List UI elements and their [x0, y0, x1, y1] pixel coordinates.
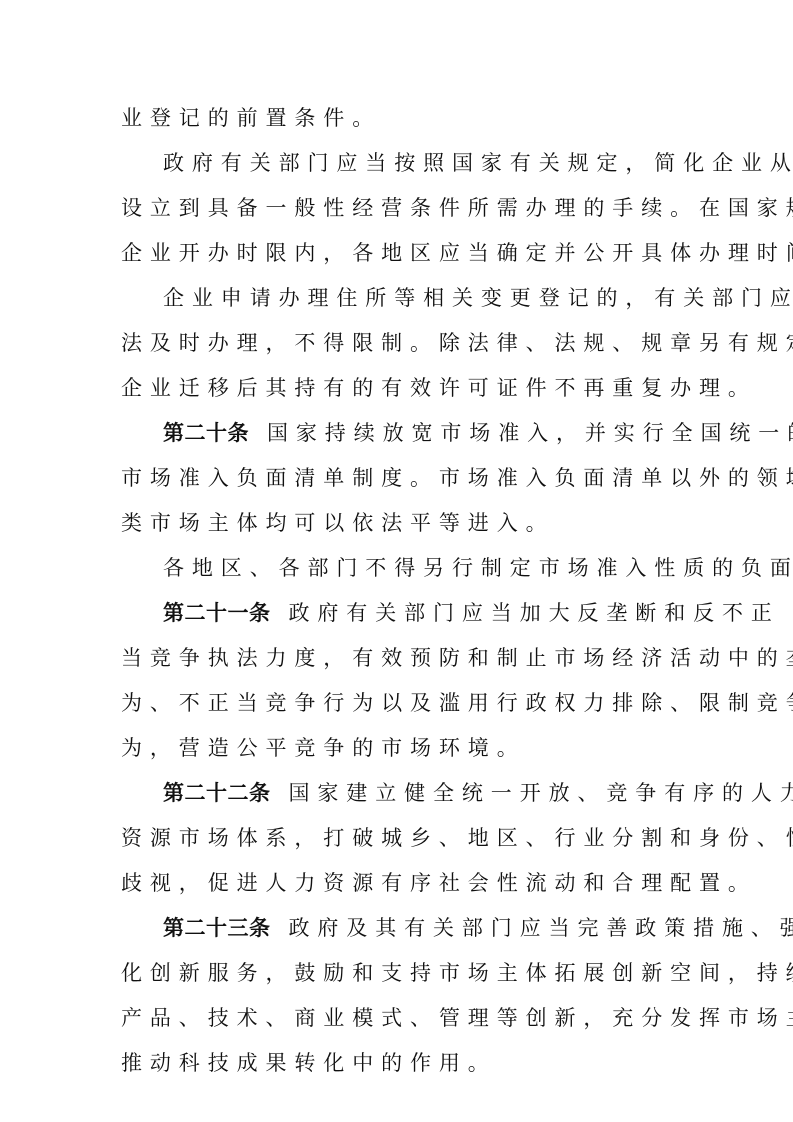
- text-line: 企业申请办理住所等相关变更登记的，有关部门应当依: [163, 282, 793, 314]
- text-line: 当竞争执法力度，有效预防和制止市场经济活动中的垄断行: [121, 642, 793, 674]
- article-text: 国家持续放宽市场准入，并实行全国统一的: [267, 421, 793, 445]
- article-line: 第二十条国家持续放宽市场准入，并实行全国统一的: [163, 417, 793, 449]
- article-heading: 第二十三条: [163, 916, 271, 940]
- text-line: 政府有关部门应当按照国家有关规定，简化企业从申请: [163, 147, 793, 179]
- text-line: 设立到具备一般性经营条件所需办理的手续。在国家规定的: [121, 192, 793, 224]
- text-line: 推动科技成果转化中的作用。: [121, 1047, 497, 1079]
- article-heading: 第二十二条: [163, 781, 271, 805]
- text-line: 资源市场体系，打破城乡、地区、行业分割和身份、性别等: [121, 822, 793, 854]
- article-line: 第二十三条政府及其有关部门应当完善政策措施、强: [163, 912, 793, 944]
- article-text: 国家建立健全统一开放、竞争有序的人力: [289, 781, 793, 805]
- text-line: 产品、技术、商业模式、管理等创新，充分发挥市场主体在: [121, 1002, 793, 1034]
- text-line: 业登记的前置条件。: [121, 102, 381, 134]
- text-line: 化创新服务，鼓励和支持市场主体拓展创新空间，持续推进: [121, 957, 793, 989]
- text-line: 企业开办时限内，各地区应当确定并公开具体办理时间。: [121, 237, 793, 269]
- text-line: 为，营造公平竞争的市场环境。: [121, 732, 526, 764]
- text-line: 企业迁移后其持有的有效许可证件不再重复办理。: [121, 372, 757, 404]
- text-line: 市场准入负面清单制度。市场准入负面清单以外的领域，各: [121, 462, 793, 494]
- document-page: 业登记的前置条件。 政府有关部门应当按照国家有关规定，简化企业从申请 设立到具备…: [0, 0, 793, 1122]
- article-text: 政府有关部门应当加大反垄断和反不正: [289, 601, 780, 625]
- article-text: 政府及其有关部门应当完善政策措施、强: [289, 916, 793, 940]
- text-line: 歧视，促进人力资源有序社会性流动和合理配置。: [121, 867, 757, 899]
- article-heading: 第二十条: [163, 421, 249, 445]
- article-line: 第二十一条政府有关部门应当加大反垄断和反不正: [163, 597, 780, 629]
- text-line: 为、不正当竞争行为以及滥用行政权力排除、限制竞争的行: [121, 687, 793, 719]
- text-line: 各地区、各部门不得另行制定市场准入性质的负面清单。: [163, 552, 793, 584]
- article-heading: 第二十一条: [163, 601, 271, 625]
- text-line: 类市场主体均可以依法平等进入。: [121, 507, 555, 539]
- text-line: 法及时办理，不得限制。除法律、法规、规章另有规定外，: [121, 327, 793, 359]
- article-line: 第二十二条国家建立健全统一开放、竞争有序的人力: [163, 777, 793, 809]
